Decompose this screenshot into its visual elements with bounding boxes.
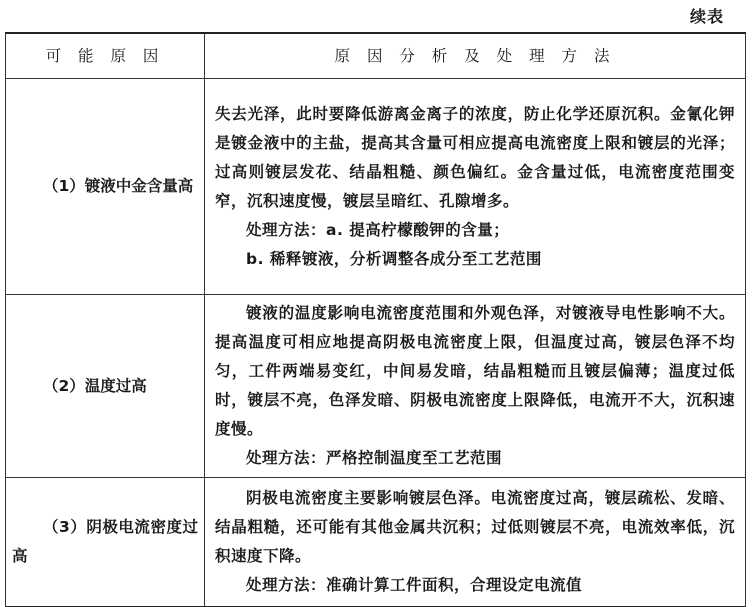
cause-cell: （1）镀液中金含量高 bbox=[6, 79, 205, 295]
header-row: 可 能 原 因 原 因 分 析 及 处 理 方 法 bbox=[6, 33, 746, 79]
cause-cell: （2）温度过高 bbox=[6, 295, 205, 478]
method-label: 处理方法： bbox=[246, 449, 326, 467]
table-row: （2）温度过高 镀液的温度影响电流密度范围和外观色泽，对镀液导电性影响不大。提高… bbox=[6, 295, 746, 478]
header-possible-cause: 可 能 原 因 bbox=[6, 33, 205, 79]
analysis-text: 失去光泽，此时要降低游离金离子的浓度，防止化学还原沉积。金氰化钾是镀金液中的主盐… bbox=[215, 100, 735, 216]
method-text: 准确计算工件面积，合理设定电流值 bbox=[326, 576, 582, 594]
analysis-text: 镀液的温度影响电流密度范围和外观色泽，对镀液导电性影响不大。提高温度可相应地提高… bbox=[215, 299, 735, 444]
cause-cell: （3）阴极电流密度过高 bbox=[6, 478, 205, 607]
analysis-cell: 失去光泽，此时要降低游离金离子的浓度，防止化学还原沉积。金氰化钾是镀金液中的主盐… bbox=[205, 79, 746, 295]
method-line: 处理方法：严格控制温度至工艺范围 bbox=[215, 444, 735, 473]
table-row: （3）阴极电流密度过高 阴极电流密度主要影响镀层色泽。电流密度过高，镀层疏松、发… bbox=[6, 478, 746, 607]
method-text: a. 提高柠檬酸钾的含量； bbox=[326, 221, 509, 239]
analysis-cell: 阴极电流密度主要影响镀层色泽。电流密度过高，镀层疏松、发暗、结晶粗糙，还可能有其… bbox=[205, 478, 746, 607]
analysis-cell: 镀液的温度影响电流密度范围和外观色泽，对镀液导电性影响不大。提高温度可相应地提高… bbox=[205, 295, 746, 478]
analysis-text: 阴极电流密度主要影响镀层色泽。电流密度过高，镀层疏松、发暗、结晶粗糙，还可能有其… bbox=[215, 484, 735, 571]
table-caption: 续表 bbox=[690, 4, 724, 27]
troubleshooting-table: 可 能 原 因 原 因 分 析 及 处 理 方 法 （1）镀液中金含量高 失去光… bbox=[5, 32, 746, 607]
table-row: （1）镀液中金含量高 失去光泽，此时要降低游离金离子的浓度，防止化学还原沉积。金… bbox=[6, 79, 746, 295]
method-label: 处理方法： bbox=[246, 221, 326, 239]
method-line: b. 稀释镀液，分析调整各成分至工艺范围 bbox=[215, 245, 735, 274]
method-label: 处理方法： bbox=[246, 576, 326, 594]
method-line: 处理方法：准确计算工件面积，合理设定电流值 bbox=[215, 571, 735, 600]
header-analysis-method: 原 因 分 析 及 处 理 方 法 bbox=[205, 33, 746, 79]
method-line: 处理方法：a. 提高柠檬酸钾的含量； bbox=[215, 216, 735, 245]
method-text: 严格控制温度至工艺范围 bbox=[326, 449, 502, 467]
